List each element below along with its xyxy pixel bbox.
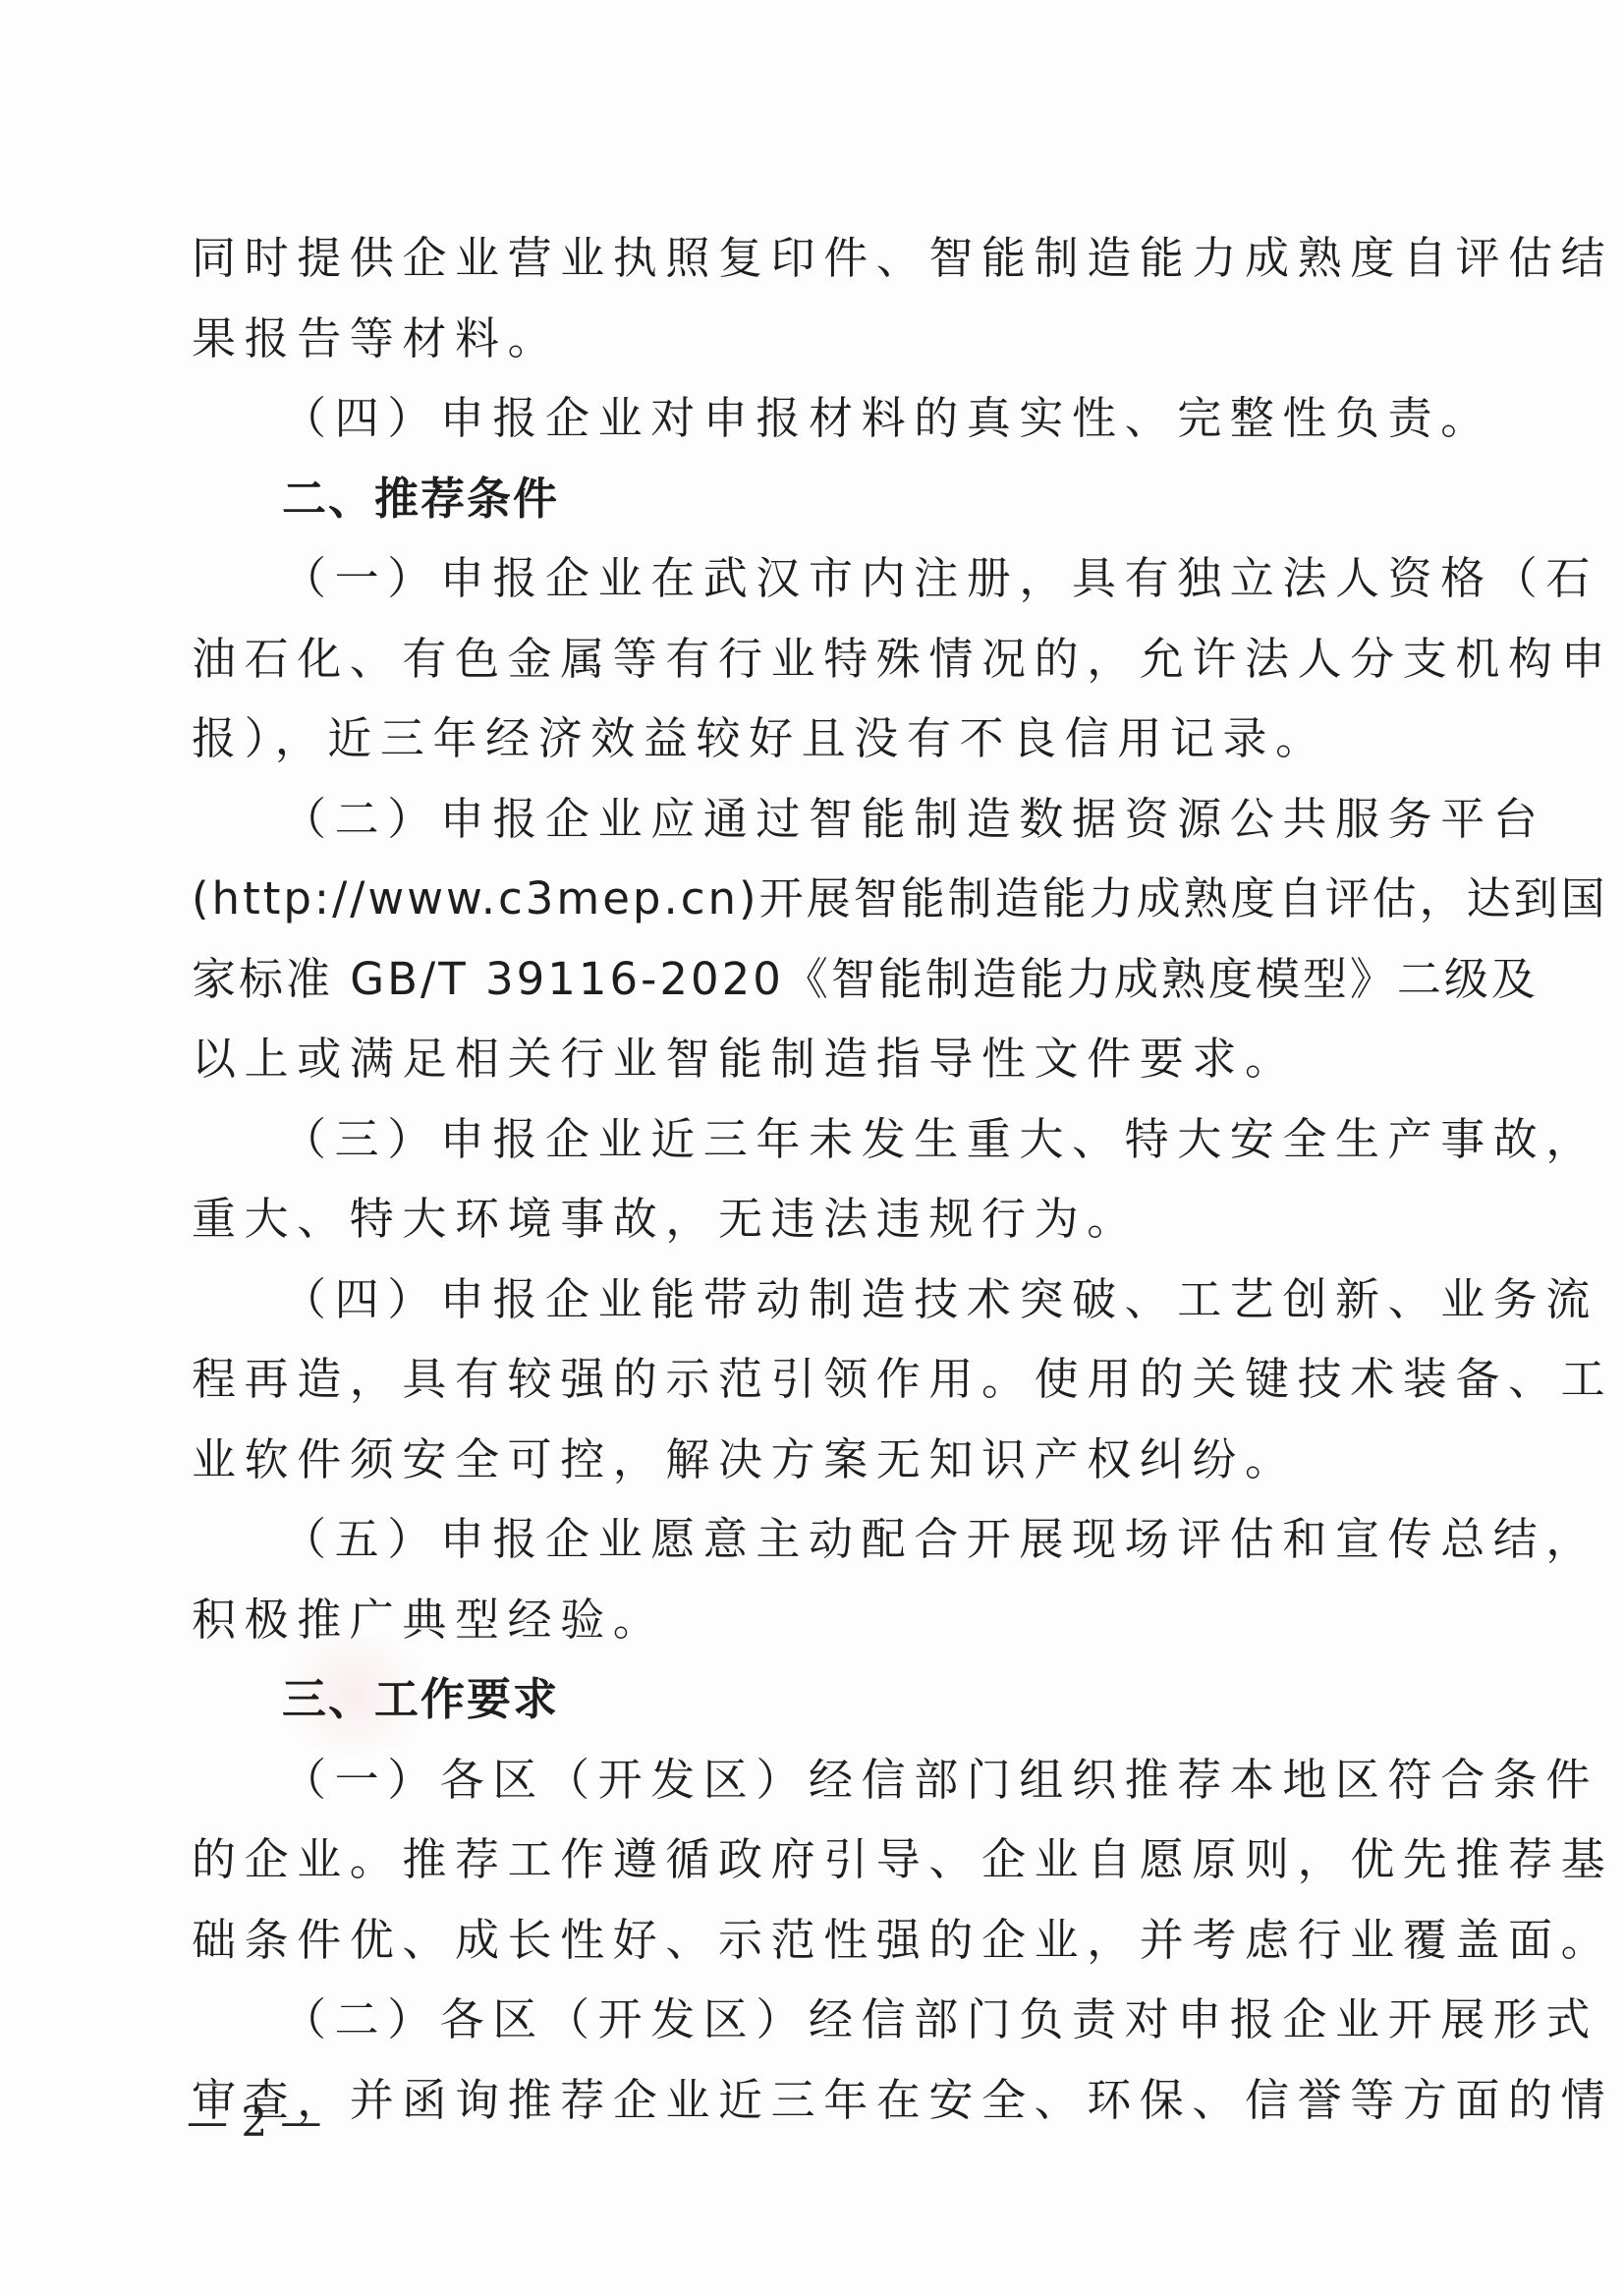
section-heading-recommendation-conditions: 二、推荐条件 (192, 459, 1392, 539)
paragraph-line: （一）申报企业在武汉市内注册，具有独立法人资格（石 (192, 538, 1392, 619)
paragraph-line: 果报告等材料。 (192, 299, 1392, 379)
paragraph-line: （二）申报企业应通过智能制造数据资源公共服务平台 (192, 779, 1392, 860)
paragraph-line: 础条件优、成长性好、示范性强的企业，并考虑行业覆盖面。 (192, 1900, 1392, 1981)
paragraph-line: （四）申报企业能带动制造技术突破、工艺创新、业务流 (192, 1259, 1392, 1340)
paragraph-line: 重大、特大环境事故，无违法违规行为。 (192, 1179, 1392, 1259)
paragraph-line: 油石化、有色金属等有行业特殊情况的，允许法人分支机构申 (192, 619, 1392, 700)
paragraph-line: 报），近三年经济效益较好且没有不良信用记录。 (192, 699, 1392, 779)
paragraph-line: 的企业。推荐工作遵循政府引导、企业自愿原则，优先推荐基 (192, 1819, 1392, 1900)
section-heading-work-requirements: 三、工作要求 (192, 1659, 1392, 1740)
paragraph-line: （四）申报企业对申报材料的真实性、完整性负责。 (192, 378, 1392, 459)
paragraph-line: 程再造，具有较强的示范引领作用。使用的关键技术装备、工 (192, 1339, 1392, 1420)
paragraph-line: 积极推广典型经验。 (192, 1580, 1392, 1660)
paragraph-line: 同时提供企业营业执照复印件、智能制造能力成熟度自评估结 (192, 218, 1392, 299)
page-number: — 2 — (187, 2098, 321, 2146)
paragraph-line: (http://www.c3mep.cn)开展智能制造能力成熟度自评估，达到国 (192, 859, 1392, 939)
paragraph-line: （一）各区（开发区）经信部门组织推荐本地区符合条件 (192, 1740, 1392, 1820)
paragraph-line: （三）申报企业近三年未发生重大、特大安全生产事故， (192, 1099, 1392, 1180)
paragraph-line: 审查，并函询推荐企业近三年在安全、环保、信誉等方面的情 (192, 2060, 1392, 2141)
paragraph-line: 以上或满足相关行业智能制造指导性文件要求。 (192, 1019, 1392, 1099)
paragraph-line: 家标准 GB/T 39116-2020《智能制造能力成熟度模型》二级及 (192, 939, 1392, 1020)
paragraph-line: （五）申报企业愿意主动配合开展现场评估和宣传总结， (192, 1499, 1392, 1580)
paragraph-line: 业软件须安全可控，解决方案无知识产权纠纷。 (192, 1420, 1392, 1500)
document-body: 同时提供企业营业执照复印件、智能制造能力成熟度自评估结 果报告等材料。 （四）申… (192, 218, 1392, 2140)
paragraph-line: （二）各区（开发区）经信部门负责对申报企业开展形式 (192, 1980, 1392, 2060)
